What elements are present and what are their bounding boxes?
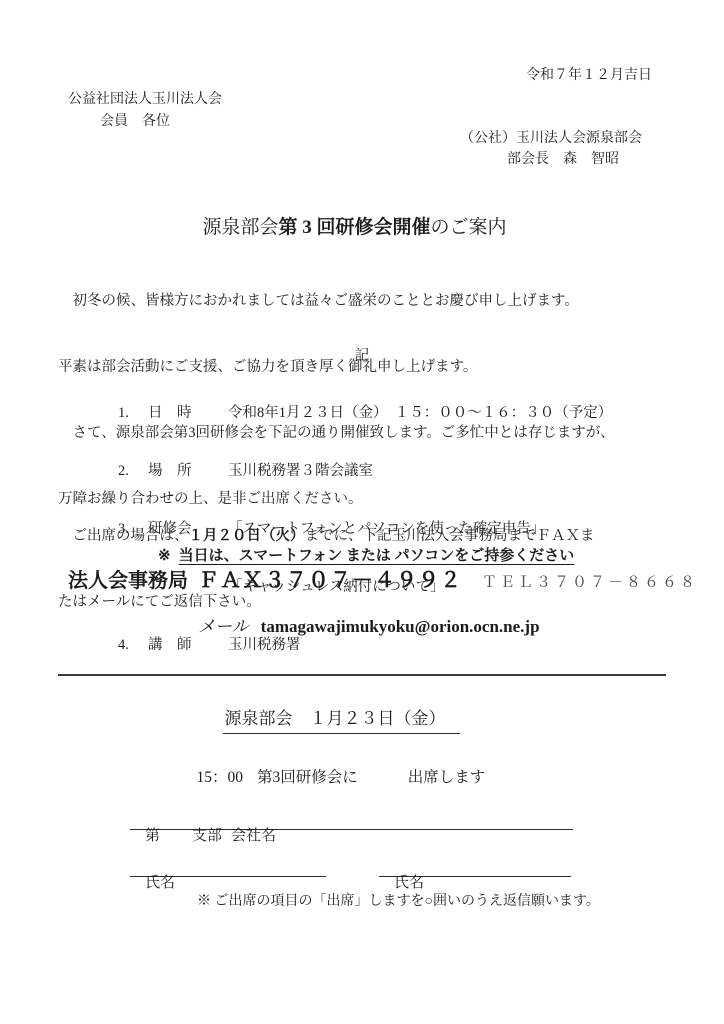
tel-number: ＴＥＬ３７０７－８６６８ bbox=[482, 571, 698, 592]
attendance-event: 第3回研修会に bbox=[257, 769, 358, 786]
fax-number: ＦＡＸ３７０７－４９９２ bbox=[198, 564, 462, 594]
organization-name: 公益社団法人玉川法人会 bbox=[68, 90, 222, 110]
contact-fax-line: 法人会事務局 ＦＡＸ３７０７－４９９２ ＴＥＬ３７０７－８６６８ bbox=[68, 564, 698, 594]
detail-label: 場 所 bbox=[148, 460, 228, 482]
contact-mail-line: メール tamagawajimukyoku@orion.ocn.ne.jp bbox=[198, 612, 540, 637]
office-label: 法人会事務局 bbox=[68, 564, 188, 593]
document-page: 令和７年１２月吉日 公益社団法人玉川法人会 会員 各位 （公社）玉川法人会源泉部… bbox=[0, 0, 724, 1024]
title-pre: 源泉部会 bbox=[202, 217, 278, 238]
reply-form-header-wrap: 源泉部会 １月２３日（金） bbox=[0, 686, 666, 752]
branch-prefix-label: 第 bbox=[145, 828, 160, 844]
name-label: 氏名 bbox=[394, 875, 424, 891]
details-heading: 記 bbox=[0, 344, 724, 365]
reply-request-line: たはメールにてご返信下さい。 bbox=[58, 591, 672, 613]
name-field-1: 氏名 bbox=[130, 854, 326, 877]
issue-date: 令和７年１２月吉日 bbox=[526, 66, 652, 86]
detail-label: 日 時 bbox=[148, 402, 228, 424]
addressee: 会員 各位 bbox=[100, 112, 170, 132]
name-field-2: 氏名 bbox=[379, 854, 571, 877]
sender-organization: （公社）玉川法人会源泉部会 bbox=[460, 129, 642, 149]
mail-label: メール bbox=[198, 612, 249, 637]
company-name-label: 会社名 bbox=[231, 828, 276, 844]
detail-number: 2. bbox=[118, 460, 148, 482]
branch-label: 支部 bbox=[192, 828, 222, 844]
bring-device-text: 当日は、スマートフォン または パソコンをご持参ください bbox=[179, 548, 575, 564]
detail-number: 1. bbox=[118, 402, 148, 424]
title-post: のご案内 bbox=[431, 217, 507, 238]
name-label: 氏名 bbox=[145, 875, 175, 891]
detail-value: 玉川税務署３階会議室 bbox=[228, 460, 684, 482]
reply-form-header: 源泉部会 １月２３日（金） bbox=[223, 704, 460, 734]
detail-value: 令和8年1月２３日（金） １５：００～１６：３０（予定） bbox=[228, 402, 684, 424]
mail-address: tamagawajimukyoku@orion.ocn.ne.jp bbox=[261, 617, 540, 637]
note-mark: ※ bbox=[158, 548, 171, 564]
attendance-choice: 出席します bbox=[408, 769, 486, 786]
cut-divider-line bbox=[58, 674, 666, 676]
sender-person: 部会長 森 智昭 bbox=[507, 150, 619, 170]
detail-row-datetime: 1. 日 時 令和8年1月２３日（金） １５：００～１６：３０（予定） bbox=[118, 402, 684, 424]
branch-company-field: 第支部会社名 bbox=[130, 807, 573, 830]
attendance-line: 15：00第3回研修会に出席します bbox=[181, 747, 485, 805]
title-emphasis: 第 3 回研修会開催 bbox=[278, 217, 430, 238]
circle-instruction-note: ※ ご出席の項目の「出席」しますを○囲いのうえ返信願います。 bbox=[197, 890, 600, 910]
detail-row-place: 2. 場 所 玉川税務署３階会議室 bbox=[118, 460, 684, 482]
greeting-line: 初冬の候、皆様方におかれましては益々ご盛栄のこととお慶び申し上げます。 bbox=[58, 290, 672, 312]
attendance-time: 15：00 bbox=[197, 769, 244, 786]
